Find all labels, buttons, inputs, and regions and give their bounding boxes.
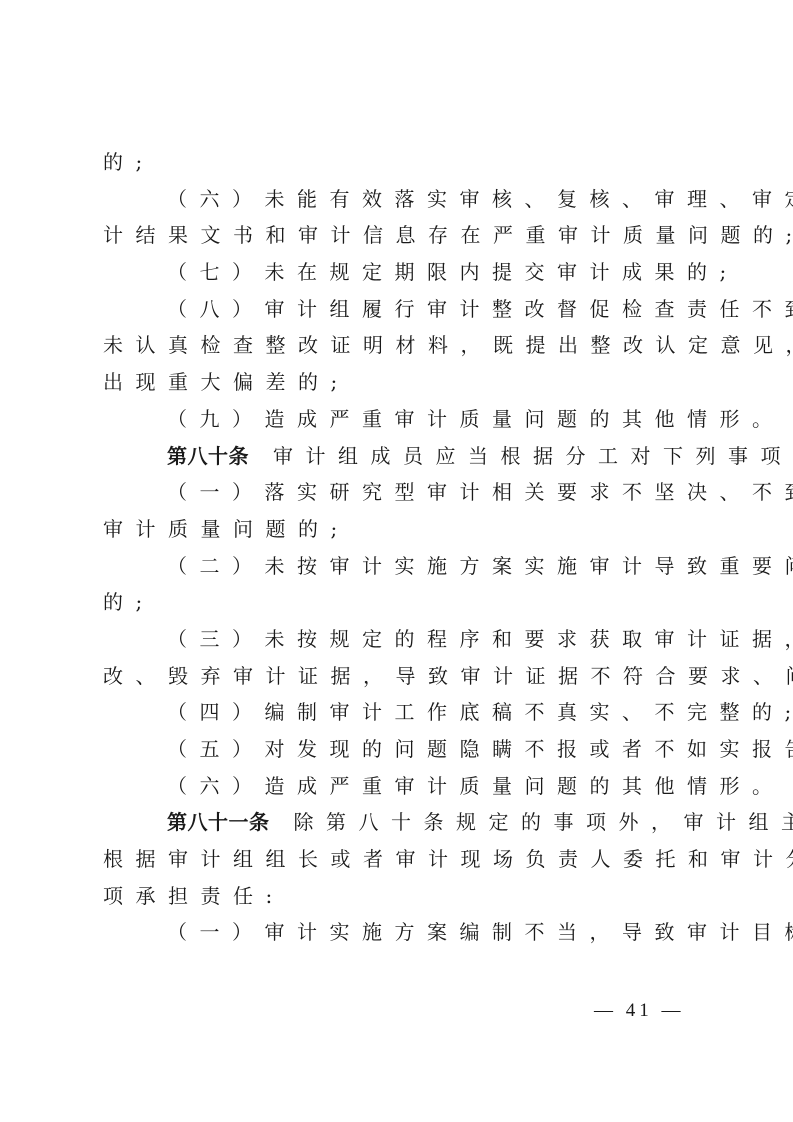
text-line: 未认真检查整改证明材料，既提出整改认定意见，导致整改认定 bbox=[103, 327, 693, 364]
page-number: — 41 — bbox=[594, 1000, 685, 1022]
article-81-text: 除第八十条规定的事项外，审计组主审还应当 bbox=[294, 810, 793, 834]
document-page-body: 的; （六）未能有效落实审核、复核、审理、审定意见，导致审 计结果文书和审计信息… bbox=[103, 144, 693, 951]
text-line: 的; bbox=[103, 144, 693, 181]
list-item-1b: （一）审计实施方案编制不当，导致审计目标未实现或者重 bbox=[103, 914, 693, 951]
text-line: 出现重大偏差的; bbox=[103, 364, 693, 401]
text-line: 审计质量问题的; bbox=[103, 511, 693, 548]
list-item-9: （九）造成严重审计质量问题的其他情形。 bbox=[103, 401, 693, 438]
list-item-5: （五）对发现的问题隐瞒不报或者不如实报告的; bbox=[103, 731, 693, 768]
text-line: 项承担责任: bbox=[103, 878, 693, 915]
article-80-heading: 第八十条 bbox=[167, 444, 249, 468]
list-item-4: （四）编制审计工作底稿不真实、不完整的; bbox=[103, 694, 693, 731]
list-item-2: （二）未按审计实施方案实施审计导致重要问题未被发现 bbox=[103, 548, 693, 585]
list-item-6b: （六）造成严重审计质量问题的其他情形。 bbox=[103, 768, 693, 805]
article-81: 第八十一条除第八十条规定的事项外，审计组主审还应当 bbox=[103, 804, 693, 841]
list-item-8: （八）审计组履行审计整改督促检查责任不到位，主观故意 bbox=[103, 291, 693, 328]
list-item-3: （三）未按规定的程序和要求获取审计证据，或者隐匿、篡 bbox=[103, 621, 693, 658]
article-80: 第八十条审计组成员应当根据分工对下列事项承担责任: bbox=[103, 438, 693, 475]
text-line: 的; bbox=[103, 584, 693, 621]
text-line: 计结果文书和审计信息存在严重审计质量问题的; bbox=[103, 217, 693, 254]
list-item-1: （一）落实研究型审计相关要求不坚决、不到位，导致严重 bbox=[103, 474, 693, 511]
article-81-heading: 第八十一条 bbox=[167, 810, 270, 834]
text-line: 根据审计组组长或者审计现场负责人委托和审计分工，对下列事 bbox=[103, 841, 693, 878]
text-line: 改、毁弃审计证据，导致审计证据不符合要求、问题严重失实的; bbox=[103, 658, 693, 695]
list-item-6: （六）未能有效落实审核、复核、审理、审定意见，导致审 bbox=[103, 181, 693, 218]
list-item-7: （七）未在规定期限内提交审计成果的; bbox=[103, 254, 693, 291]
article-80-text: 审计组成员应当根据分工对下列事项承担责任: bbox=[273, 444, 793, 468]
